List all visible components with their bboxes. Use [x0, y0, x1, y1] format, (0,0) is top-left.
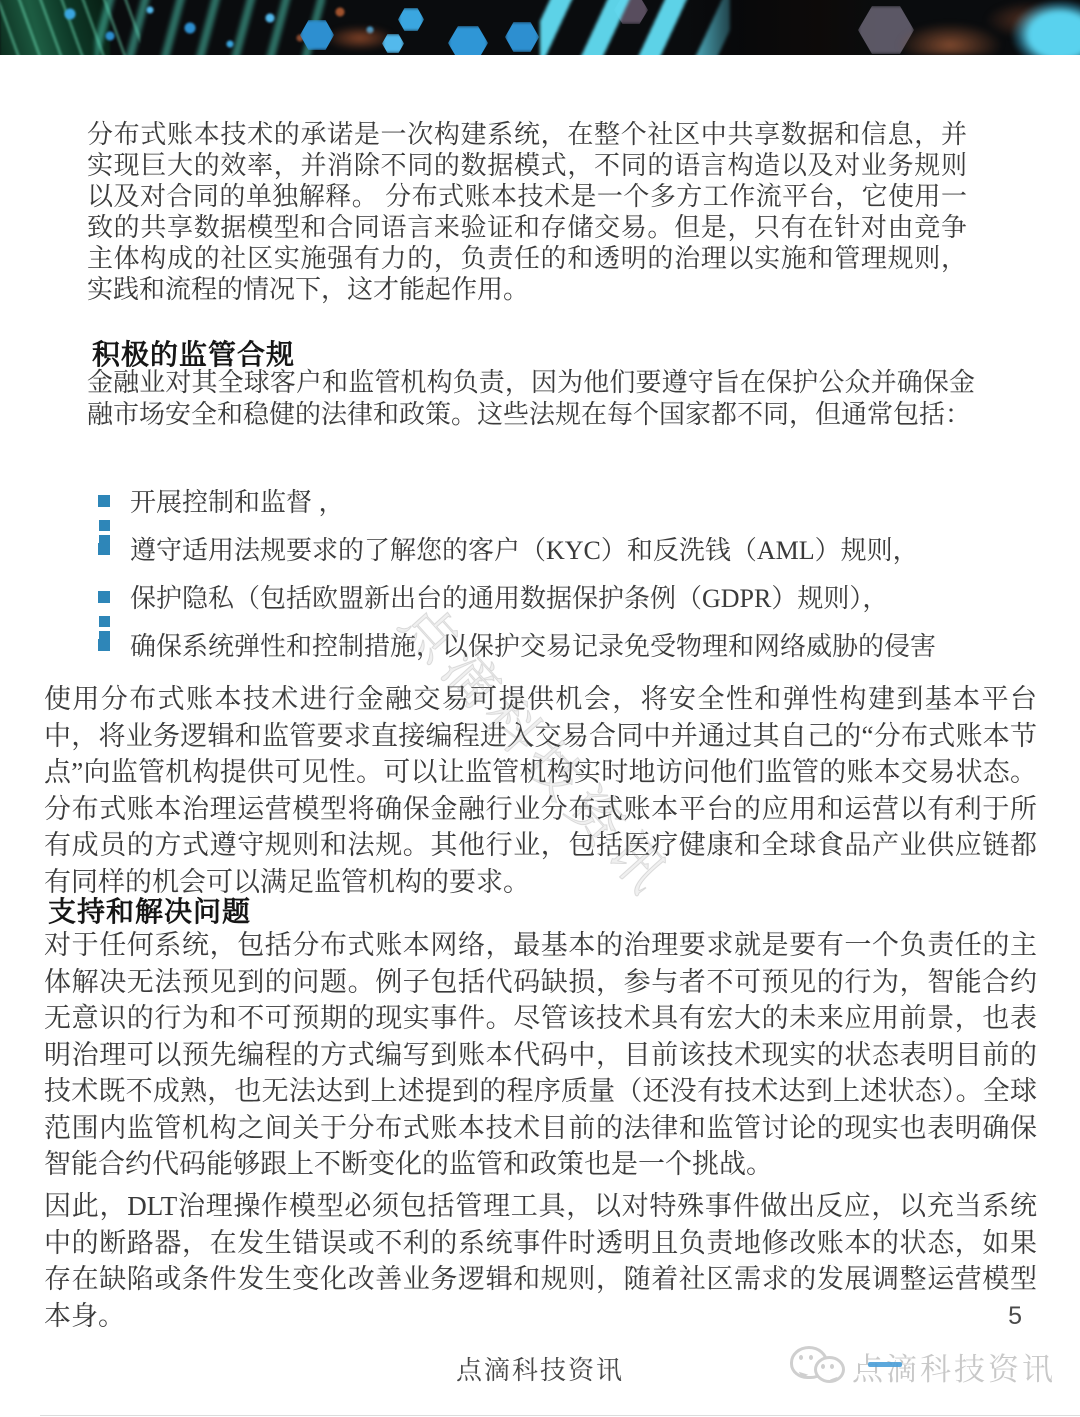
- page-bottom-divider: [40, 1415, 1080, 1416]
- list-item-text: 遵守适用法规要求的了解您的客户（KYC）和反洗钱（AML）规则，: [130, 536, 919, 565]
- bubble-eye-dot: [821, 1364, 825, 1369]
- page-number: 5: [1008, 1302, 1022, 1331]
- document-page: 分布式账本技术的承诺是一次构建系统，在整个社区中共享数据和信息，并实现巨大的效率…: [0, 0, 1080, 1417]
- bullet-square-icon: [98, 591, 110, 603]
- list-item-text: 开展控制和监督 ，: [130, 488, 345, 517]
- section-heading-support: 支持和解决问题: [48, 890, 251, 930]
- bullet-square-icon: [99, 616, 110, 627]
- dark-overlay: [680, 0, 880, 55]
- wechat-icon: [790, 1342, 844, 1390]
- bullet-square-icon: [98, 543, 110, 555]
- bubble-eye-dot: [799, 1355, 803, 1360]
- support-body-paragraph-1: 对于任何系统，包括分布式账本网络，最基本的治理要求就是要有一个负责任的主体解决无…: [44, 927, 1037, 1183]
- regulatory-intro-paragraph: 金融业对其全球客户和监管机构负责，因为他们要遵守旨在保护公众并确保金融市场安全和…: [87, 367, 975, 431]
- warm-glow: [320, 18, 440, 55]
- regulatory-bullet-list: 开展控制和监督 ， 遵守适用法规要求的了解您的客户（KYC）和反洗钱（AML）规…: [96, 486, 996, 678]
- list-item-text: 保护隐私（包括欧盟新出台的通用数据保护条例（GDPR）规则），: [130, 584, 888, 613]
- brand-accent-dash: [868, 1362, 902, 1367]
- list-item-text: 确保系统弹性和控制措施，以保护交易记录免受物理和网络威胁的侵害: [130, 632, 936, 661]
- list-item: 确保系统弹性和控制措施，以保护交易记录免受物理和网络威胁的侵害: [96, 630, 996, 664]
- bullet-square-icon: [98, 639, 110, 651]
- bubble-eye-dot: [809, 1355, 813, 1360]
- footer-brand-watermark: 点滴科技资讯: [790, 1342, 1056, 1390]
- bullet-square-icon: [99, 520, 110, 531]
- list-item: 开展控制和监督 ，: [96, 486, 996, 520]
- support-body-paragraph-2: 因此，DLT治理操作模型必须包括管理工具，以对特殊事件做出反应，以充当系统中的断…: [44, 1188, 1037, 1334]
- intro-paragraph: 分布式账本技术的承诺是一次构建系统，在整个社区中共享数据和信息，并实现巨大的效率…: [87, 119, 967, 305]
- header-banner-image: [0, 0, 1080, 55]
- list-item: 保护隐私（包括欧盟新出台的通用数据保护条例（GDPR）规则），: [96, 582, 996, 616]
- list-item: 遵守适用法规要求的了解您的客户（KYC）和反洗钱（AML）规则，: [96, 534, 996, 568]
- bullet-square-icon: [98, 495, 110, 507]
- regulatory-body-paragraph: 使用分布式账本技术进行金融交易可提供机会，将安全性和弹性构建到基本平台中，将业务…: [44, 681, 1037, 900]
- cyan-glow: [1005, 0, 1080, 55]
- speech-bubble-icon: [814, 1356, 845, 1383]
- bubble-eye-dot: [830, 1364, 834, 1369]
